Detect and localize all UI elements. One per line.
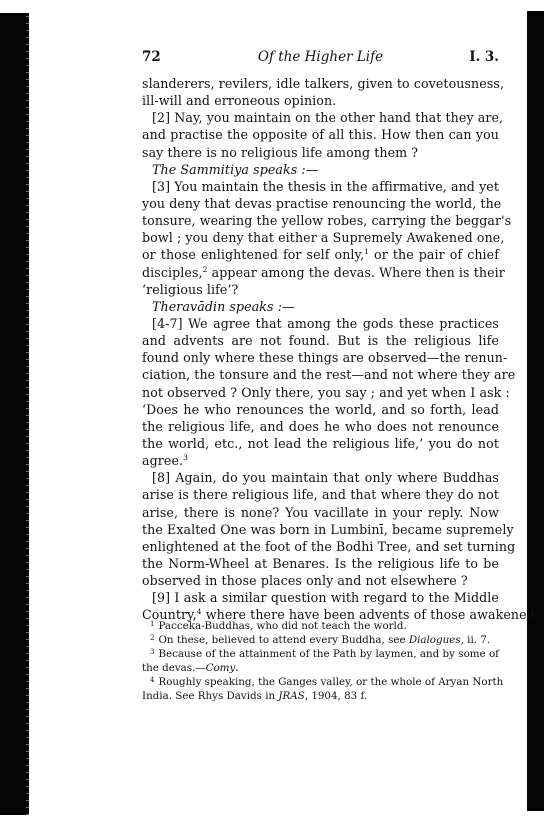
footnote-text: the devas.— bbox=[142, 662, 206, 674]
text-line: ciation, the tonsure and the rest—and no… bbox=[142, 366, 499, 383]
footnote-marker: 4 bbox=[150, 676, 154, 684]
text-line: the Norm-Wheel at Benares. Is the religi… bbox=[142, 555, 499, 572]
text-line: ill-will and erroneous opinion. bbox=[142, 92, 499, 109]
footnote-1: 1Pacceka-Buddhas, who did not teach the … bbox=[142, 619, 499, 633]
text-line: enlightened at the foot of the Bodhi Tre… bbox=[142, 538, 499, 555]
footnote-text: India. See Rhys Davids in bbox=[142, 690, 278, 702]
line-text: or the pair of chief bbox=[369, 247, 499, 262]
text-line: say there is no religious life among the… bbox=[142, 144, 499, 161]
paragraph-4-7-start: [4-7] We agree that among the gods these… bbox=[142, 315, 499, 332]
footnote-text: , ii. 7. bbox=[461, 634, 491, 646]
text-line: arise, there is none? You vacillate in y… bbox=[142, 504, 499, 521]
text-line: tonsure, wearing the yellow robes, carry… bbox=[142, 212, 499, 229]
footnote-text: Roughly speaking, the Ganges valley, or … bbox=[158, 676, 503, 688]
footnote-text: On these, believed to attend every Buddh… bbox=[158, 634, 408, 646]
footnote-3-cont: the devas.—Comy. bbox=[142, 661, 499, 675]
footnote-marker: 3 bbox=[150, 648, 154, 656]
paragraph-3-start: [3] You maintain the thesis in the affir… bbox=[142, 178, 499, 195]
text-line: ‘religious life’? bbox=[142, 281, 499, 298]
text-line: and practise the opposite of all this. H… bbox=[142, 126, 499, 143]
paragraph-8-start: [8] Again, do you maintain that only whe… bbox=[142, 469, 499, 486]
footnotes: 1Pacceka-Buddhas, who did not teach the … bbox=[142, 619, 499, 704]
text-line: observed in those places only and not el… bbox=[142, 572, 499, 589]
running-head: 72 Of the Higher Life I. 3. bbox=[142, 49, 499, 67]
footnote-text: , 1904, 83 f. bbox=[305, 690, 367, 702]
footnote-2: 2On these, believed to attend every Budd… bbox=[142, 633, 499, 647]
citation-title: Comy bbox=[206, 662, 236, 674]
text-line: you deny that devas practise renouncing … bbox=[142, 195, 499, 212]
text-line: bowl ; you deny that either a Supremely … bbox=[142, 229, 499, 246]
paragraph-2-start: [2] Nay, you maintain on the other hand … bbox=[142, 109, 499, 126]
line-text: agree. bbox=[142, 453, 183, 468]
speaker-label-sammitiya: The Sammitiya speaks :— bbox=[142, 161, 499, 178]
text-line: or those enlightened for self only,1 or … bbox=[142, 246, 499, 263]
text-line: and advents are not found. But is the re… bbox=[142, 332, 499, 349]
body-text: slanderers, revilers, idle talkers, give… bbox=[142, 75, 499, 624]
text-line: slanderers, revilers, idle talkers, give… bbox=[142, 75, 499, 92]
footnote-text: Pacceka-Buddhas, who did not teach the w… bbox=[158, 620, 406, 632]
footnote-marker: 2 bbox=[150, 634, 154, 642]
scan-border-right bbox=[527, 11, 544, 811]
text-line: disciples,2 appear among the devas. Wher… bbox=[142, 264, 499, 281]
footnote-text: Because of the attainment of the Path by… bbox=[158, 648, 499, 660]
text-line: agree.3 bbox=[142, 452, 499, 469]
footnote-4-cont: India. See Rhys Davids in JRAS, 1904, 83… bbox=[142, 689, 499, 703]
footnote-3: 3Because of the attainment of the Path b… bbox=[142, 647, 499, 661]
paragraph-9-start: [9] I ask a similar question with regard… bbox=[142, 589, 499, 606]
speaker-label-theravadin: Theravādin speaks :— bbox=[142, 298, 499, 315]
text-line: the religious life, and does he who does… bbox=[142, 418, 499, 435]
footnote-ref-3[interactable]: 3 bbox=[183, 453, 188, 462]
text-line: the world, etc., not lead the religious … bbox=[142, 435, 499, 452]
footnote-text: . bbox=[235, 662, 238, 674]
chapter-title: Of the Higher Life bbox=[142, 49, 499, 65]
scan-border-left bbox=[0, 13, 27, 815]
footnote-4: 4Roughly speaking, the Ganges valley, or… bbox=[142, 675, 499, 689]
footnote-marker: 1 bbox=[150, 620, 154, 628]
line-text: disciples, bbox=[142, 265, 203, 280]
line-text: appear among the devas. Where then is th… bbox=[208, 265, 505, 280]
line-text: or those enlightened for self only, bbox=[142, 247, 364, 262]
text-line: ‘Does he who renounces the world, and so… bbox=[142, 401, 499, 418]
citation-title: Dialogues bbox=[409, 634, 461, 646]
text-line: not observed ? Only there, you say ; and… bbox=[142, 384, 499, 401]
text-line: arise is there religious life, and that … bbox=[142, 486, 499, 503]
text-line: found only where these things are observ… bbox=[142, 349, 499, 366]
citation-title: JRAS bbox=[278, 690, 304, 702]
text-line: the Exalted One was born in Lumbinī, bec… bbox=[142, 521, 499, 538]
section-number: I. 3. bbox=[469, 49, 499, 65]
